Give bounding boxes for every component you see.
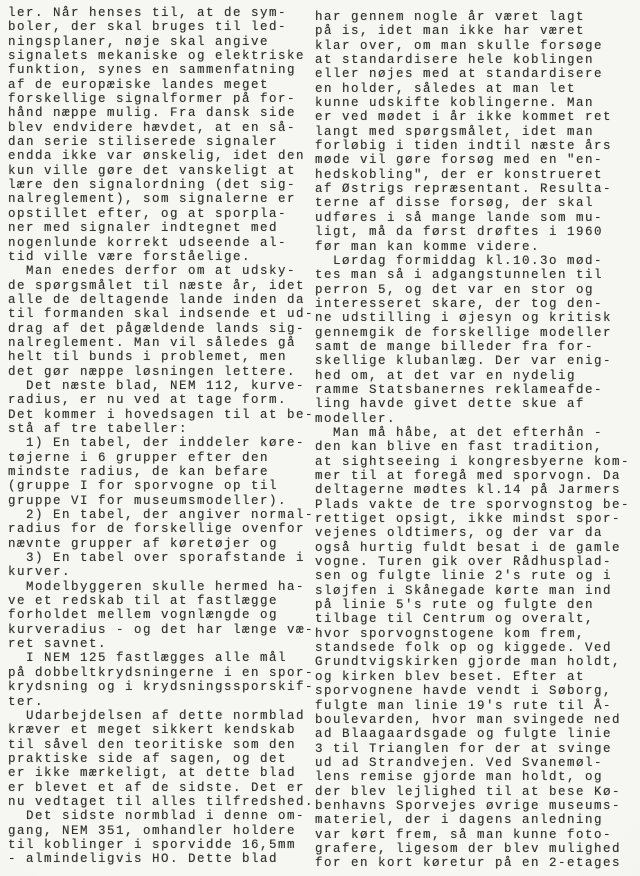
document-page: ler. Når henses til, at de sym- boler, d… [0,0,640,876]
text-column-left: ler. Når henses til, at de sym- boler, d… [8,6,314,867]
text-column-right: har gennem nogle år været lagt på is, id… [315,10,630,871]
